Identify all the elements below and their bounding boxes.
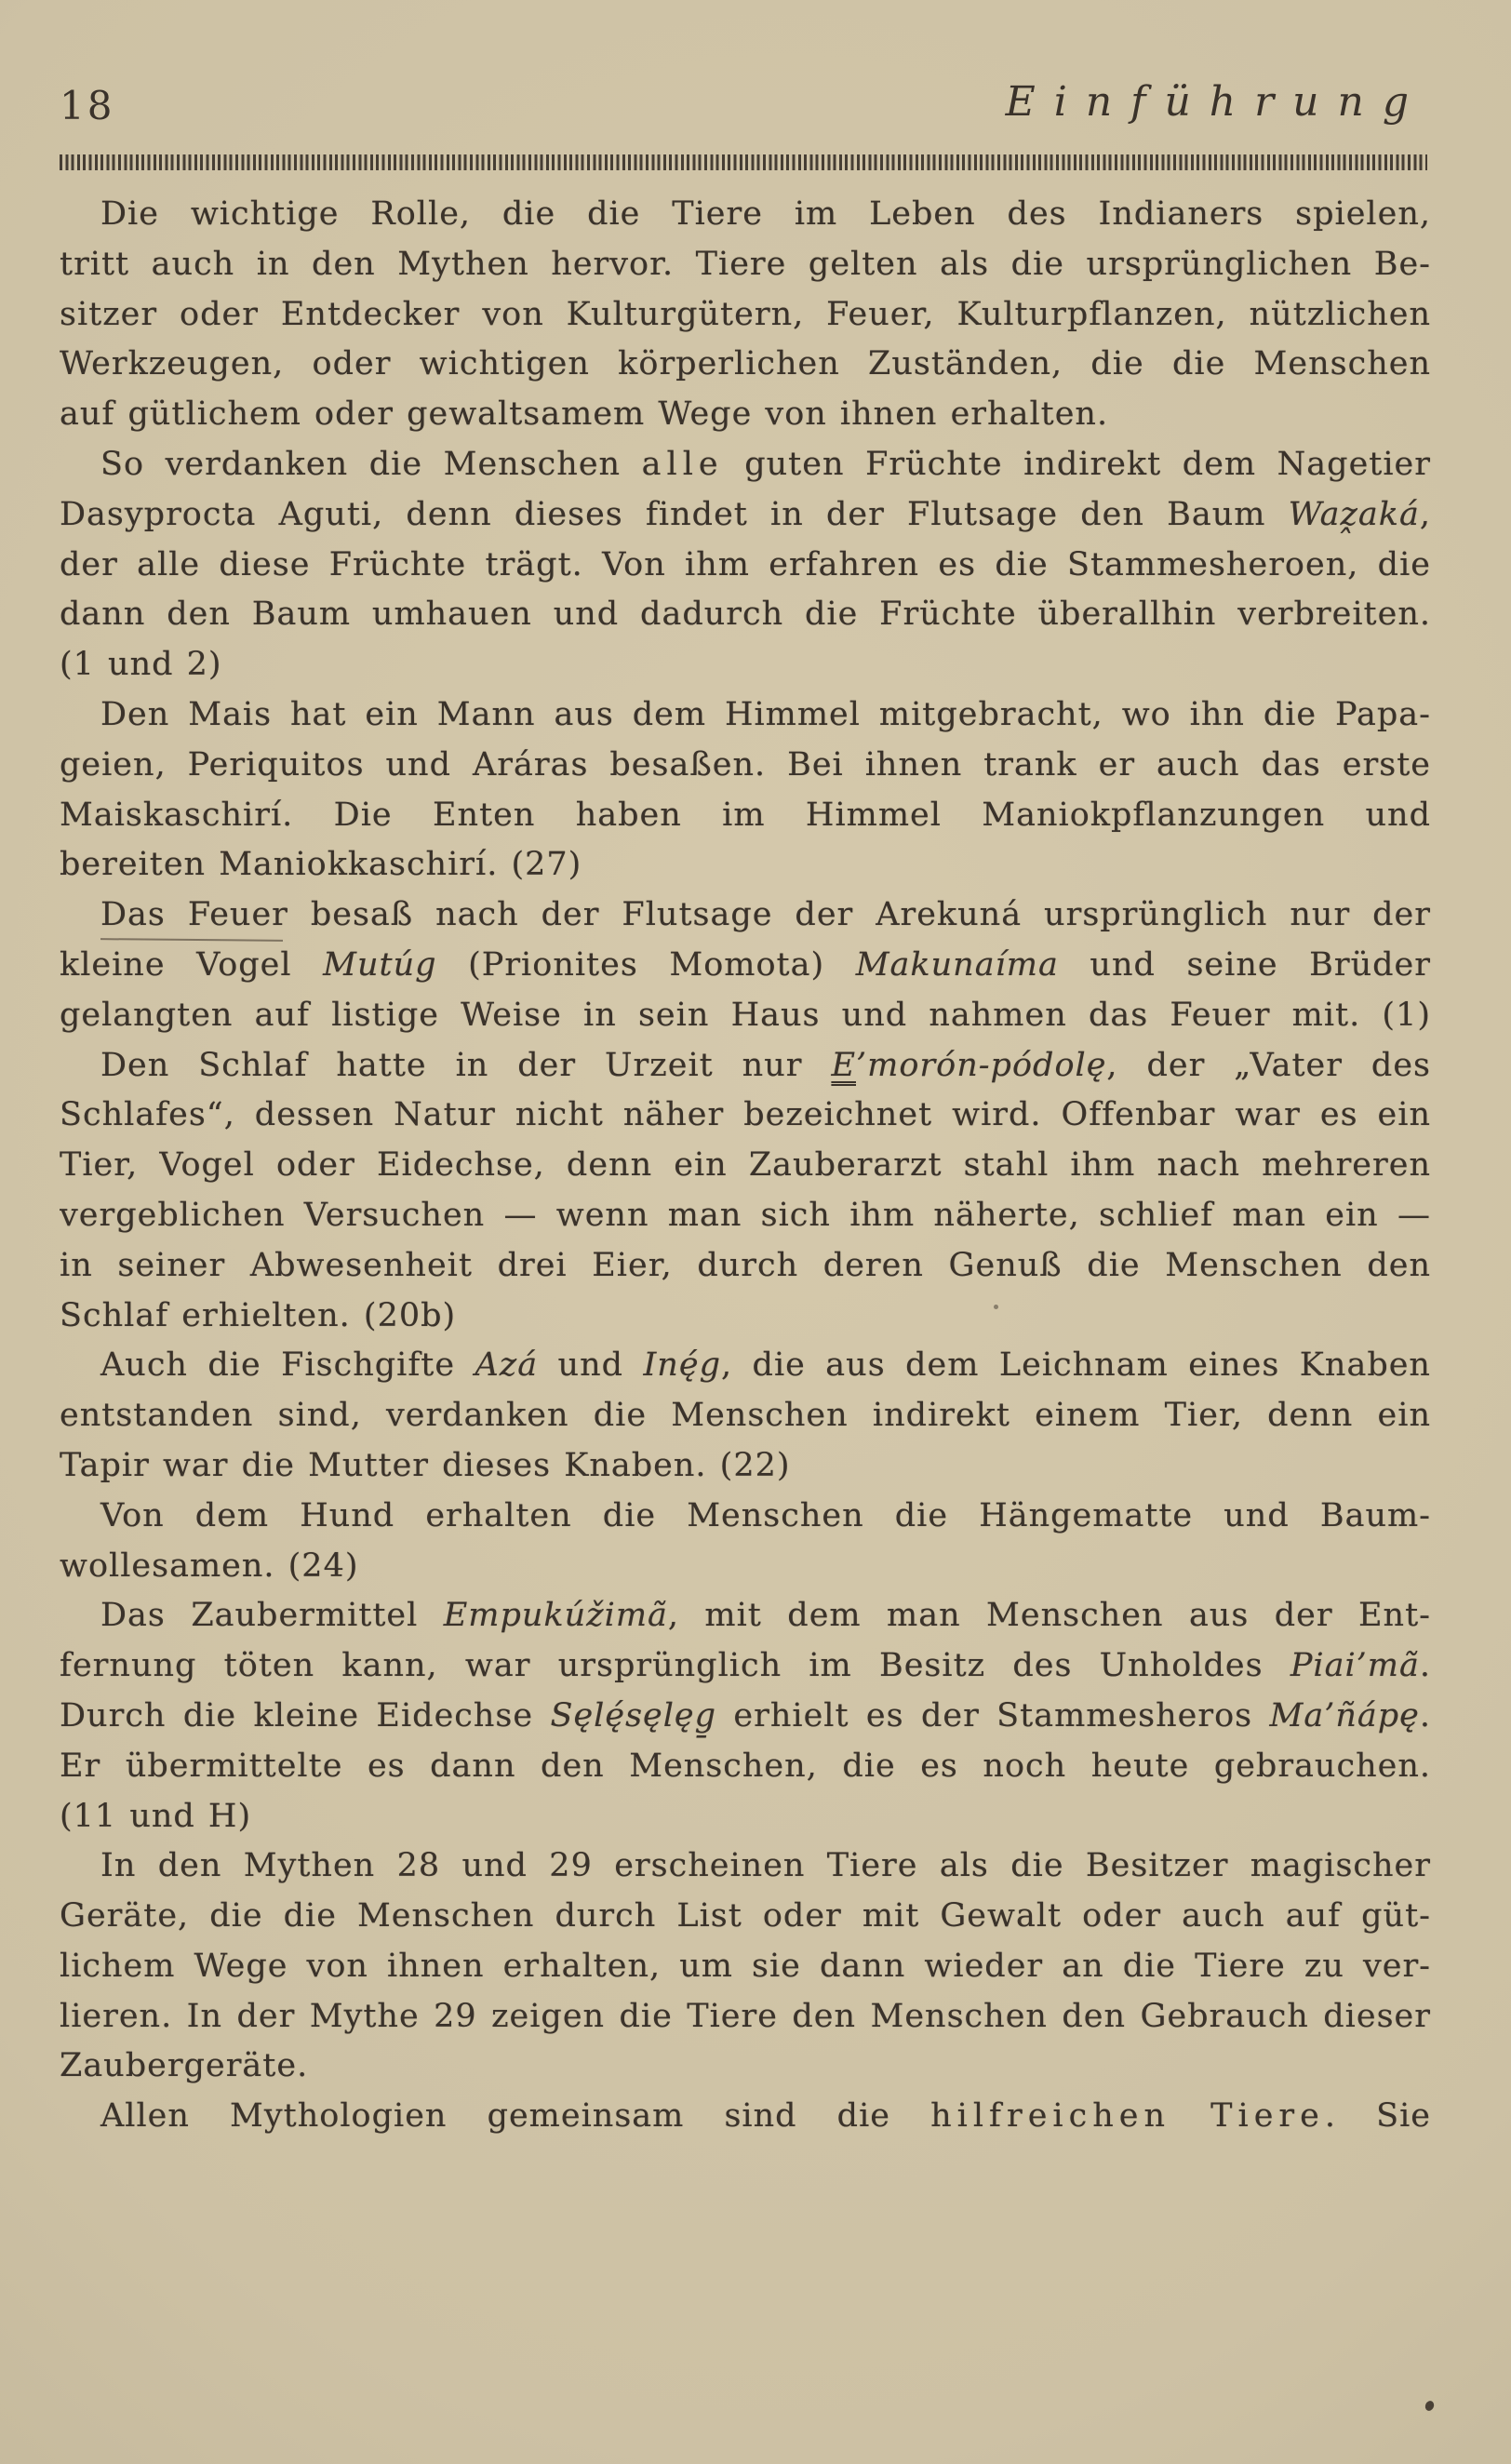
text-line: fernung töten kann, war ursprünglich im … bbox=[60, 1641, 1431, 1692]
paragraph: So verdanken die Menschen alle guten Frü… bbox=[60, 440, 1431, 690]
text-line: Allen Mythologien gemeinsam sind die hil… bbox=[60, 2092, 1431, 2142]
text-line: Auch die Fischgifte Azá und Inę́g, die a… bbox=[60, 1341, 1431, 1391]
text-line: Tier, Vogel oder Eidechse, denn ein Zaub… bbox=[60, 1141, 1431, 1191]
text-line: So verdanken die Menschen alle guten Frü… bbox=[60, 440, 1431, 490]
paragraph: Allen Mythologien gemeinsam sind die hil… bbox=[60, 2092, 1431, 2142]
page-header: 18 Einführung bbox=[60, 86, 1427, 127]
text-line: Das Zaubermittel Empukúžimã, mit dem man… bbox=[60, 1591, 1431, 1641]
text-line: kleine Vogel Mutúg (Prionites Momota) Ma… bbox=[60, 941, 1431, 991]
page: 18 Einführung Die wichtige Rolle, die di… bbox=[0, 0, 1511, 2464]
text-block: Die wichtige Rolle, die die Tiere im Leb… bbox=[60, 190, 1431, 2142]
text-line: bereiten Maniokkaschirí. (27) bbox=[60, 840, 1431, 891]
paragraph: Das Zaubermittel Empukúžimã, mit dem man… bbox=[60, 1591, 1431, 1841]
paper-speck bbox=[1424, 2400, 1436, 2413]
paragraph: In den Mythen 28 und 29 erscheinen Tiere… bbox=[60, 1841, 1431, 2092]
text-line: Von dem Hund erhalten die Menschen die H… bbox=[60, 1492, 1431, 1542]
text-line: auf gütlichem oder gewaltsamem Wege von … bbox=[60, 390, 1431, 440]
text-line: Dasyprocta Aguti, denn dieses findet in … bbox=[60, 490, 1431, 541]
text-line: vergeblichen Versuchen — wenn man sich i… bbox=[60, 1191, 1431, 1241]
text-line: Werkzeugen, oder wichtigen körperlichen … bbox=[60, 340, 1431, 390]
text-line: Er übermittelte es dann den Menschen, di… bbox=[60, 1742, 1431, 1792]
text-line: Schlaf erhielten. (20b) bbox=[60, 1292, 1431, 1342]
text-line: dann den Baum umhauen und dadurch die Fr… bbox=[60, 590, 1431, 640]
page-number: 18 bbox=[60, 87, 114, 126]
text-line: Schlafes“, dessen Natur nicht näher beze… bbox=[60, 1091, 1431, 1141]
paragraph: Das Feuer besaß nach der Flutsage der Ar… bbox=[60, 891, 1431, 1040]
text-line: (11 und H) bbox=[60, 1792, 1431, 1842]
text-line: Die wichtige Rolle, die die Tiere im Leb… bbox=[60, 190, 1431, 240]
running-title: Einführung bbox=[1006, 82, 1427, 123]
paragraph: Den Mais hat ein Mann aus dem Himmel mit… bbox=[60, 690, 1431, 891]
text-line: entstanden sind, verdanken die Menschen … bbox=[60, 1391, 1431, 1441]
text-line: Zaubergeräte. bbox=[60, 2042, 1431, 2092]
paragraph: Von dem Hund erhalten die Menschen die H… bbox=[60, 1492, 1431, 1592]
text-line: Geräte, die die Menschen durch List oder… bbox=[60, 1892, 1431, 1942]
text-line: lieren. In der Mythe 29 zeigen die Tiere… bbox=[60, 1992, 1431, 2042]
text-line: in seiner Abwesenheit drei Eier, durch d… bbox=[60, 1241, 1431, 1292]
text-line: Den Schlaf hatte in der Urzeit nur E’mor… bbox=[60, 1041, 1431, 1091]
text-line: Tapir war die Mutter dieses Knaben. (22) bbox=[60, 1441, 1431, 1492]
paragraph: Die wichtige Rolle, die die Tiere im Leb… bbox=[60, 190, 1431, 440]
text-line: Maiskaschirí. Die Enten haben im Himmel … bbox=[60, 791, 1431, 841]
paragraph: Auch die Fischgifte Azá und Inę́g, die a… bbox=[60, 1341, 1431, 1491]
text-line: sitzer oder Entdecker von Kulturgütern, … bbox=[60, 290, 1431, 341]
text-line: Das Feuer besaß nach der Flutsage der Ar… bbox=[60, 891, 1431, 941]
text-line: gelangten auf listige Weise in sein Haus… bbox=[60, 991, 1431, 1041]
text-line: tritt auch in den Mythen hervor. Tiere g… bbox=[60, 240, 1431, 290]
text-line: lichem Wege von ihnen erhalten, um sie d… bbox=[60, 1942, 1431, 1992]
text-line: Den Mais hat ein Mann aus dem Himmel mit… bbox=[60, 690, 1431, 741]
text-line: wollesamen. (24) bbox=[60, 1542, 1431, 1592]
header-rule bbox=[60, 154, 1427, 170]
paragraph: Den Schlaf hatte in der Urzeit nur E’mor… bbox=[60, 1041, 1431, 1342]
text-line: In den Mythen 28 und 29 erscheinen Tiere… bbox=[60, 1841, 1431, 1892]
text-line: geien, Periquitos und Aráras besaßen. Be… bbox=[60, 741, 1431, 791]
text-line: der alle diese Früchte trägt. Von ihm er… bbox=[60, 541, 1431, 591]
paper-speck bbox=[994, 1305, 998, 1309]
text-line: (1 und 2) bbox=[60, 640, 1431, 690]
text-line: Durch die kleine Eidechse Sęlę́sęlęg̱ er… bbox=[60, 1692, 1431, 1742]
